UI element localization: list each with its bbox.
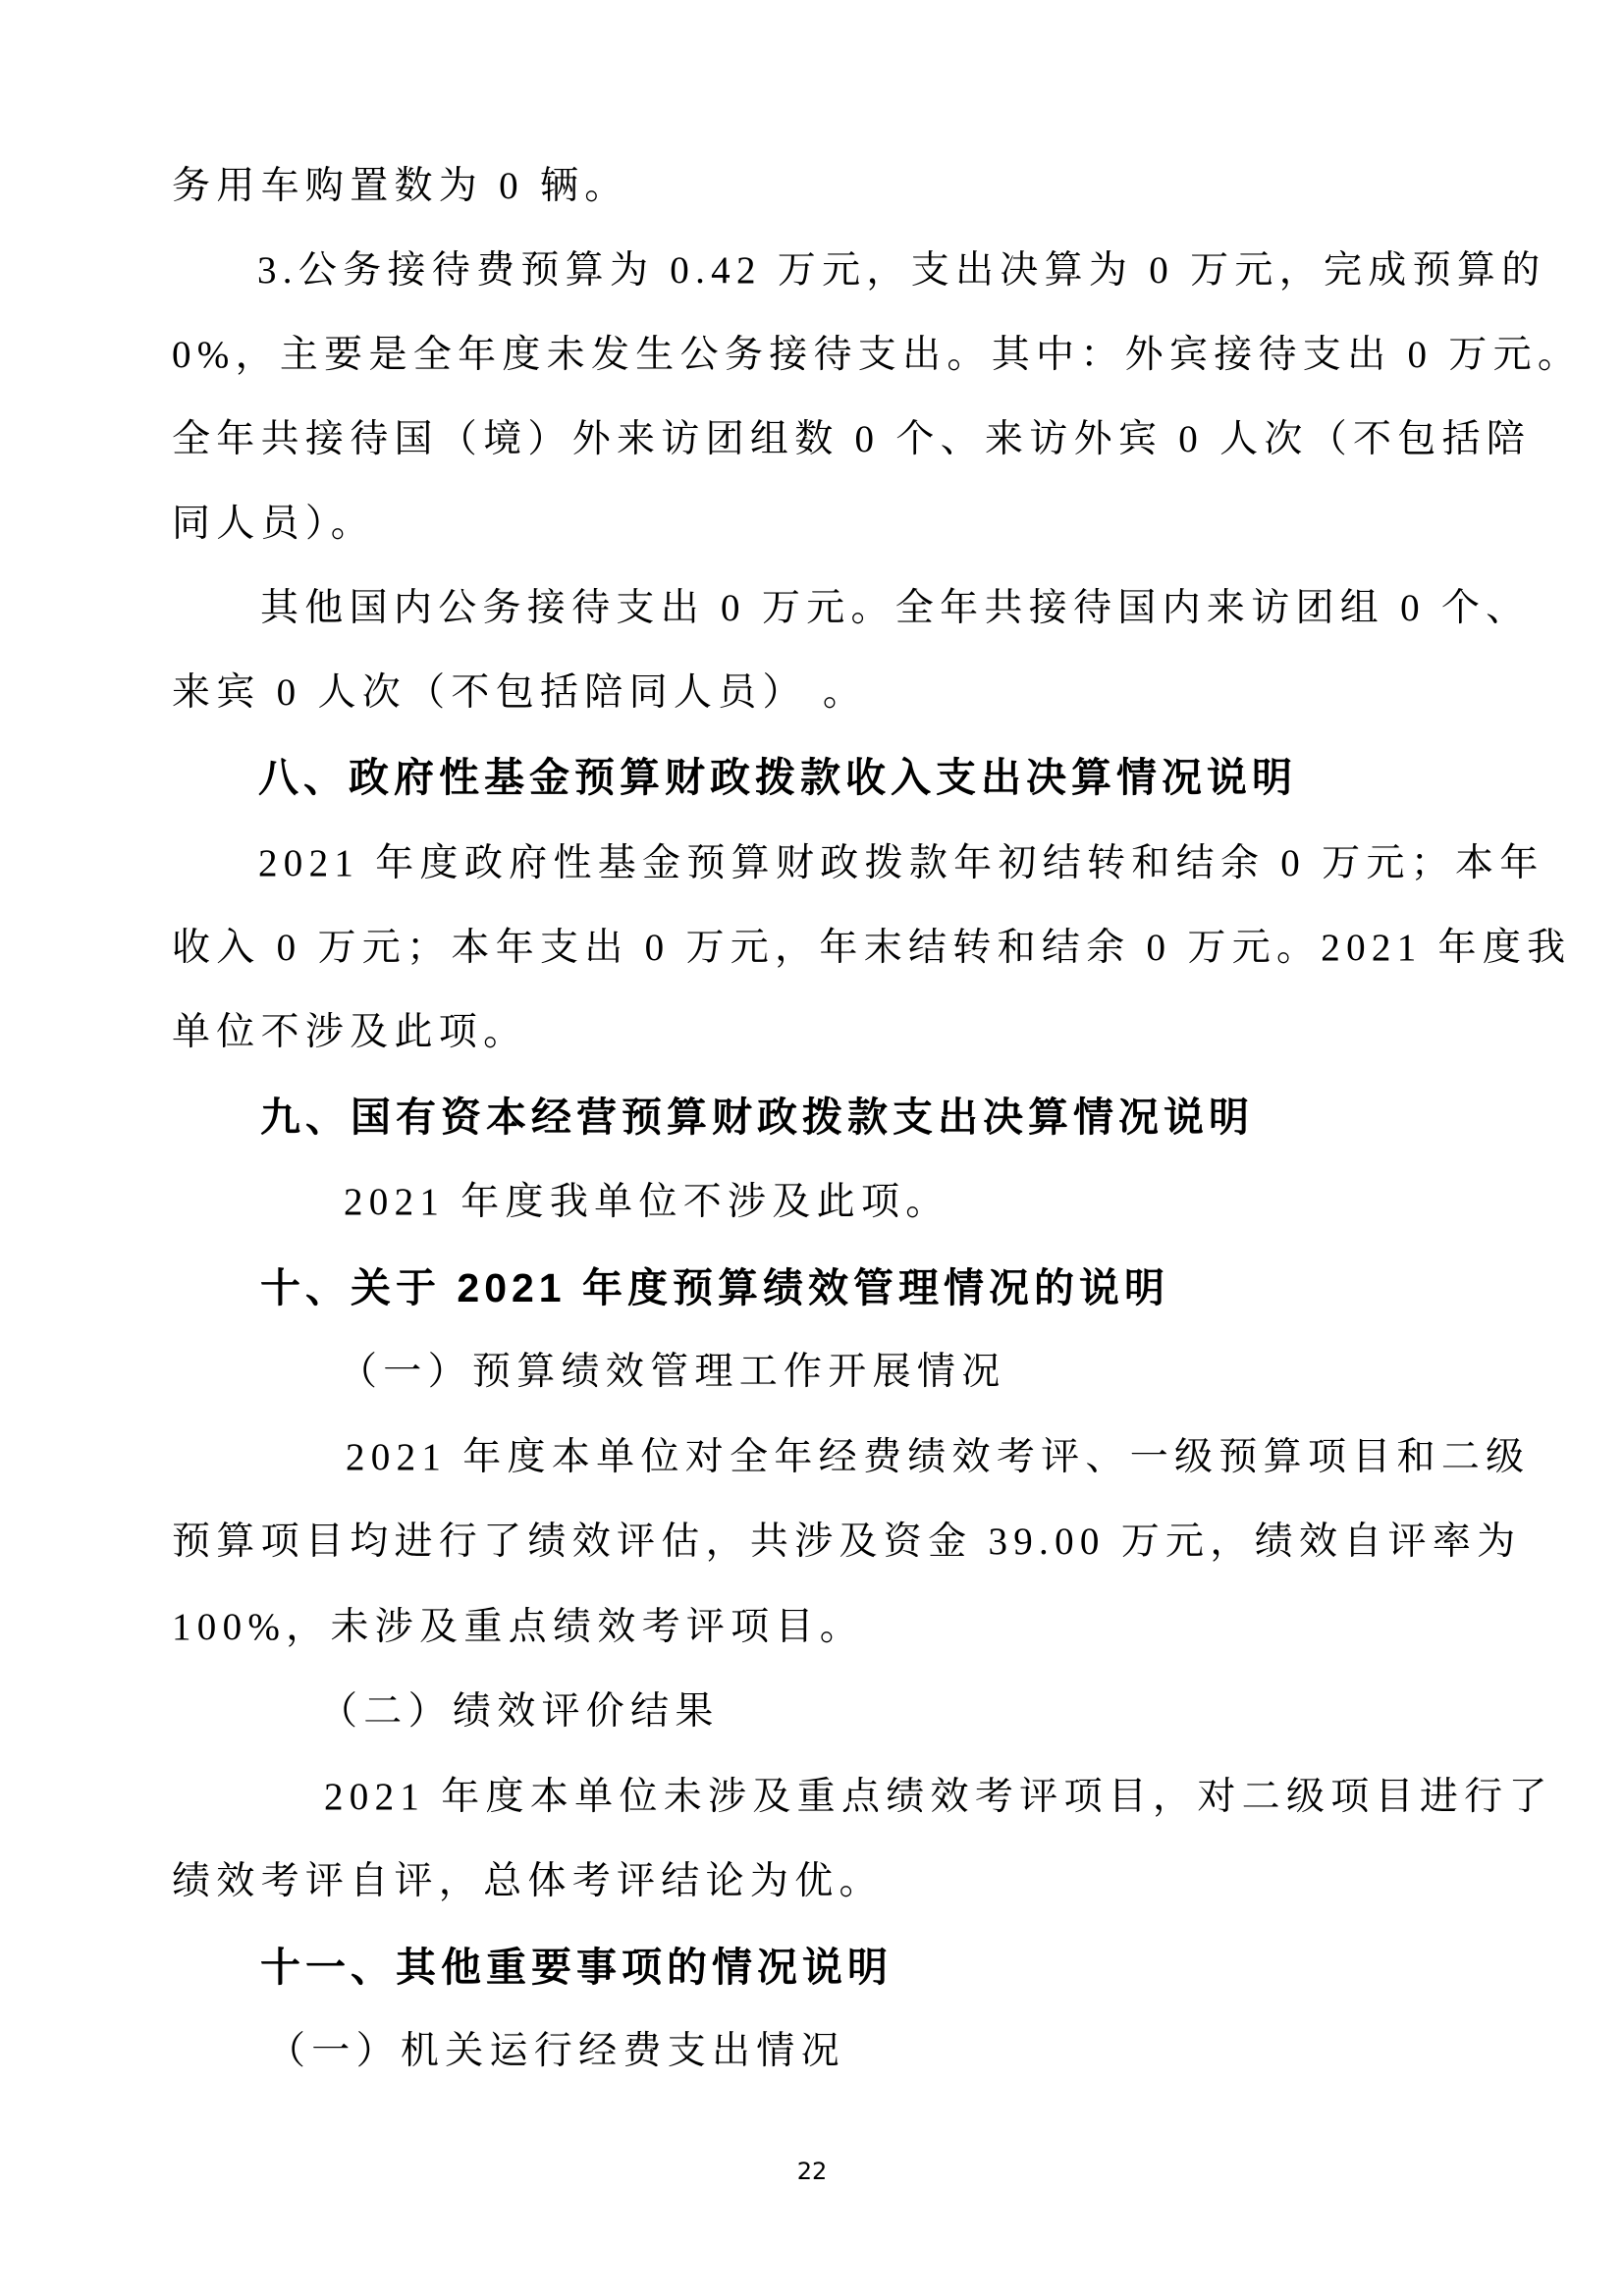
section-heading-11: 十一、其他重要事项的情况说明 (260, 1944, 893, 1991)
section-heading-9: 九、国有资本经营预算财政拨款支出决算情况说明 (260, 1094, 1254, 1141)
paragraph-line: 预算项目均进行了绩效评估，共涉及资金 39.00 万元，绩效自评率为 (172, 1519, 1521, 1566)
document-page: 务用车购置数为 0 辆。 3.公务接待费预算为 0.42 万元，支出决算为 0 … (0, 0, 1624, 2296)
paragraph-line: 同人员）。 (172, 501, 375, 548)
paragraph-line: 2021 年度本单位对全年经费绩效考评、一级预算项目和二级 (346, 1434, 1530, 1481)
paragraph-line: 全年共接待国（境）外来访团组数 0 个、来访外宾 0 人次（不包括陪 (172, 416, 1531, 463)
paragraph-line: 其他国内公务接待支出 0 万元。全年共接待国内来访团组 0 个、 (260, 585, 1531, 632)
paragraph-line: 2021 年度政府性基金预算财政拨款年初结转和结余 0 万元；本年 (258, 840, 1544, 887)
subsection-heading-evaluation-results: （二）绩效评价结果 (319, 1688, 720, 1735)
section-heading-8: 八、政府性基金预算财政拨款收入支出决算情况说明 (258, 754, 1297, 801)
section-heading-10: 十、关于 2021 年度预算绩效管理情况的说明 (260, 1264, 1169, 1311)
paragraph-line: 绩效考评自评，总体考评结论为优。 (172, 1858, 884, 1905)
paragraph-line: 务用车购置数为 0 辆。 (172, 163, 629, 210)
paragraph-line: 3.公务接待费预算为 0.42 万元，支出决算为 0 万元，完成预算的 (257, 247, 1546, 294)
subsection-heading-operating-expenses: （一）机关运行经费支出情况 (267, 2028, 845, 2075)
paragraph-line: 单位不涉及此项。 (172, 1009, 527, 1056)
paragraph-line: 2021 年度我单位不涉及此项。 (344, 1179, 950, 1226)
paragraph-line: 100%，未涉及重点绩效考评项目。 (172, 1604, 864, 1651)
page-number: 22 (0, 2156, 1624, 2187)
paragraph-line: 2021 年度本单位未涉及重点绩效考评项目，对二级项目进行了 (324, 1774, 1553, 1821)
paragraph-line: 收入 0 万元；本年支出 0 万元，年末结转和结余 0 万元。2021 年度我 (172, 925, 1571, 972)
paragraph-line: 来宾 0 人次（不包括陪同人员） 。 (172, 669, 867, 717)
subsection-heading-performance-work: （一）预算绩效管理工作开展情况 (339, 1349, 1006, 1396)
paragraph-line: 0%，主要是全年度未发生公务接待支出。其中：外宾接待支出 0 万元。 (172, 332, 1582, 379)
